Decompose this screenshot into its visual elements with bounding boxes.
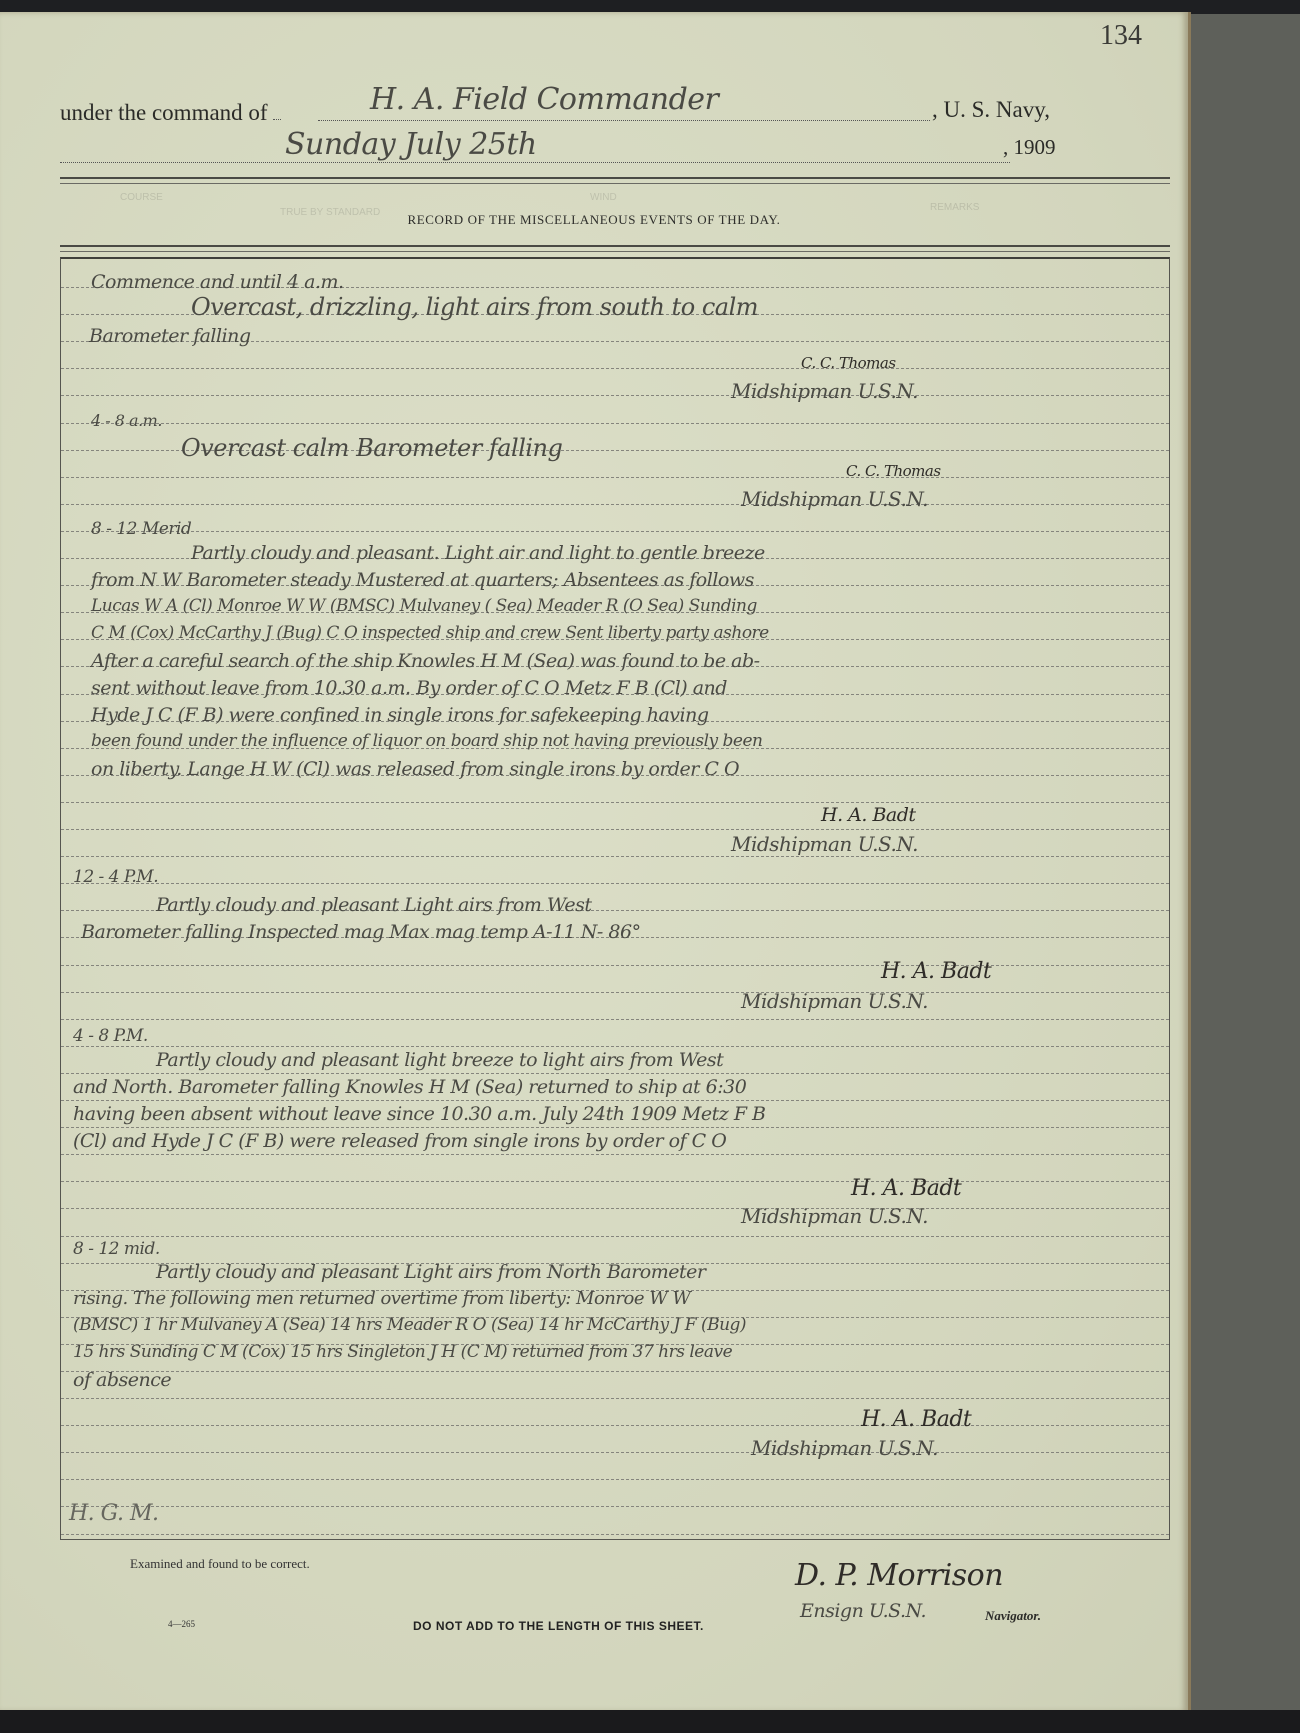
navigator-rank: Ensign U.S.N. [800,1600,926,1622]
entry-line: Partly cloudy and pleasant. Light air an… [191,542,765,564]
entry-watch: 8 - 12 Merid [91,519,191,539]
entry-line: sent without leave from 10.30 a.m. By or… [91,677,727,699]
ruled-line [61,1127,1169,1128]
ruled-line [61,1534,1169,1535]
entry-line: Barometer falling Inspected mag Max mag … [81,921,641,943]
command-prefix: under the command of [60,100,268,125]
entry-line: (BMSC) 1 hr Mulvaney A (Sea) 14 hrs Mead… [73,1315,746,1335]
ruled-line [61,368,1169,369]
ruled-line [61,1452,1169,1453]
entry-rank: Midshipman U.S.N. [731,832,918,856]
command-line: under the command of [60,100,281,126]
entry-line: rising. The following men returned overt… [73,1288,690,1309]
ruled-line [61,1100,1169,1101]
ruled-line [61,802,1169,803]
log-page: 134 under the command of H. A. Field Com… [0,12,1191,1712]
entry-line: (Cl) and Hyde J C (F B) were released fr… [73,1130,726,1152]
length-warning: DO NOT ADD TO THE LENGTH OF THIS SHEET. [413,1619,704,1633]
ruled-line [61,1208,1169,1209]
ruled-line [61,1019,1169,1020]
entry-line: and North. Barometer falling Knowles H M… [73,1076,746,1098]
entry-watch: 4 - 8 P.M. [73,1026,148,1046]
examined-note: Examined and found to be correct. [130,1556,310,1572]
ruled-line [61,883,1169,884]
entry-line: Barometer falling [89,325,251,347]
ruled-line [61,965,1169,966]
form-number: 4—265 [168,1619,195,1629]
ruled-line [61,829,1169,830]
entry-line: from N W Barometer steady Mustered at qu… [91,569,754,591]
entry-line: Partly cloudy and pleasant Light airs fr… [156,1261,705,1283]
entry-line: C M (Cox) McCarthy J (Bug) C O inspected… [91,623,769,643]
ruled-line [61,1073,1169,1074]
entry-line: Overcast, drizzling, light airs from sou… [191,293,758,321]
entry-line: Hyde J C (F B) were confined in single i… [91,704,708,726]
entry-watch: 12 - 4 P.M. [73,867,158,887]
date-handwritten: Sunday July 25th [285,127,537,162]
page-number: 134 [1100,20,1142,52]
entry-watch: 4 - 8 a.m. [91,411,162,430]
entry-line: Partly cloudy and pleasant Light airs fr… [156,894,592,916]
entry-rank: Midshipman U.S.N. [741,1204,928,1228]
entry-line: After a careful search of the ship Knowl… [91,650,760,672]
entry-signature: C. C. Thomas [801,354,896,372]
entry-signature: C. C. Thomas [846,462,941,480]
entry-line: Lucas W A (Cl) Monroe W W (BMSC) Mulvane… [91,596,757,616]
ruled-line [61,477,1169,478]
navigator-label: Navigator. [985,1608,1041,1624]
entry-line: Overcast calm Barometer falling [181,434,562,462]
section-title: RECORD OF THE MISCELLANEOUS EVENTS OF TH… [0,212,1188,228]
ruled-line [61,1046,1169,1047]
ruled-line [61,423,1169,424]
entry-watch: Commence and until 4 a.m. [91,271,344,293]
events-box: Commence and until 4 a.m. Overcast, driz… [60,257,1170,1540]
entry-line: of absence [73,1369,171,1391]
header-rule [60,177,1170,184]
ruled-line [61,1479,1169,1480]
ruled-line [61,1506,1169,1507]
year-label: , 1909 [1003,135,1056,160]
entry-rank: Midshipman U.S.N. [731,379,918,403]
service-label: , U. S. Navy, [932,97,1050,123]
entry-line: 15 hrs Sunding C M (Cox) 15 hrs Singleto… [73,1342,732,1362]
entry-rank: Midshipman U.S.N. [741,487,928,511]
entry-signature: H. A. Badt [851,1176,961,1201]
entry-line: Partly cloudy and pleasant light breeze … [156,1049,723,1071]
ruled-line [61,1371,1169,1372]
scan-bottom-edge [0,1710,1300,1733]
commander-name: H. A. Field Commander [370,82,718,117]
navigator-signature: D. P. Morrison [795,1558,1003,1593]
entry-line: on liberty. Lange H W (Cl) was released … [91,758,739,780]
ruled-line [61,531,1169,532]
ruled-line [61,504,1169,505]
ruled-line [61,856,1169,857]
ruled-line [61,992,1169,993]
ruled-line [61,1181,1169,1182]
section-rule [60,245,1170,252]
entry-watch: 8 - 12 mid. [73,1239,160,1259]
entry-rank: Midshipman U.S.N. [741,989,928,1013]
initials: H. G. M. [69,1501,158,1526]
entry-line: having been absent without leave since 1… [73,1103,766,1125]
entry-line: been found under the influence of liquor… [91,731,762,751]
entry-signature: H. A. Badt [821,804,916,826]
ruled-line [61,1236,1169,1237]
ruled-line [61,1398,1169,1399]
ruled-line [61,1425,1169,1426]
entry-signature: H. A. Badt [881,959,991,984]
ruled-line [61,1154,1169,1155]
entry-rank: Midshipman U.S.N. [751,1436,938,1460]
entry-signature: H. A. Badt [861,1407,971,1432]
ruled-line [61,395,1169,396]
